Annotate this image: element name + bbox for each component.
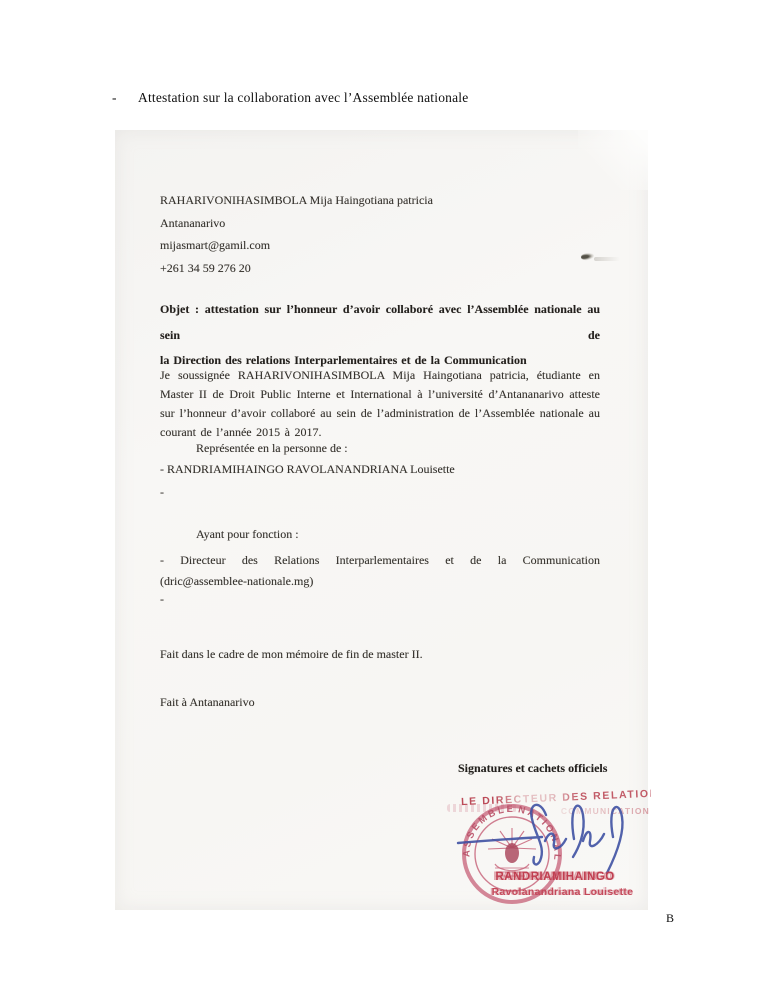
signature-heading: Signatures et cachets officiels bbox=[458, 761, 607, 776]
contact-block: RAHARIVONIHASIMBOLA Mija Haingotiana pat… bbox=[160, 189, 460, 279]
stamp-name-line2: Ravolanandriana Louisette bbox=[485, 886, 640, 898]
contact-email: mijasmart@gamil.com bbox=[160, 234, 460, 257]
closing-line-2: Fait à Antananarivo bbox=[160, 695, 255, 710]
contact-phone: +261 34 59 276 20 bbox=[160, 257, 460, 280]
represented-item: - RANDRIAMIHAINGO RAVOLANANDRIANA Louise… bbox=[160, 462, 455, 477]
page-title: Attestation sur la collaboration avec l’… bbox=[138, 90, 468, 106]
stamp-and-signature-area: LE DIRECTEUR DES RELATIONS COMMUNICATION… bbox=[445, 785, 648, 910]
represented-item-dash: - bbox=[160, 485, 164, 500]
subject-line: Objet : attestation sur l’honneur d’avoi… bbox=[160, 297, 600, 374]
function-label: Ayant pour fonction : bbox=[196, 527, 299, 542]
body-paragraph: Je soussignée RAHARIVONIHASIMBOLA Mija H… bbox=[160, 366, 600, 442]
contact-city: Antananarivo bbox=[160, 212, 460, 235]
function-item: - Directeur des Relations Interparlement… bbox=[160, 550, 600, 591]
contact-name: RAHARIVONIHASIMBOLA Mija Haingotiana pat… bbox=[160, 189, 460, 212]
represented-label: Représentée en la personne de : bbox=[196, 441, 348, 456]
closing-line-1: Fait dans le cadre de mon mémoire de fin… bbox=[160, 647, 423, 662]
stamp-name-line1: RANDRIAMIHAINGO bbox=[480, 871, 630, 883]
function-item-dash: - bbox=[160, 592, 164, 607]
bullet-dash: - bbox=[112, 90, 117, 106]
subject-line-1: Objet : attestation sur l’honneur d’avoi… bbox=[160, 297, 600, 348]
scanned-letter: RAHARIVONIHASIMBOLA Mija Haingotiana pat… bbox=[115, 130, 648, 910]
scan-artifact-smudge-tail bbox=[594, 257, 620, 261]
page-letter: B bbox=[666, 911, 674, 926]
scan-artifact-smudge bbox=[581, 252, 595, 261]
